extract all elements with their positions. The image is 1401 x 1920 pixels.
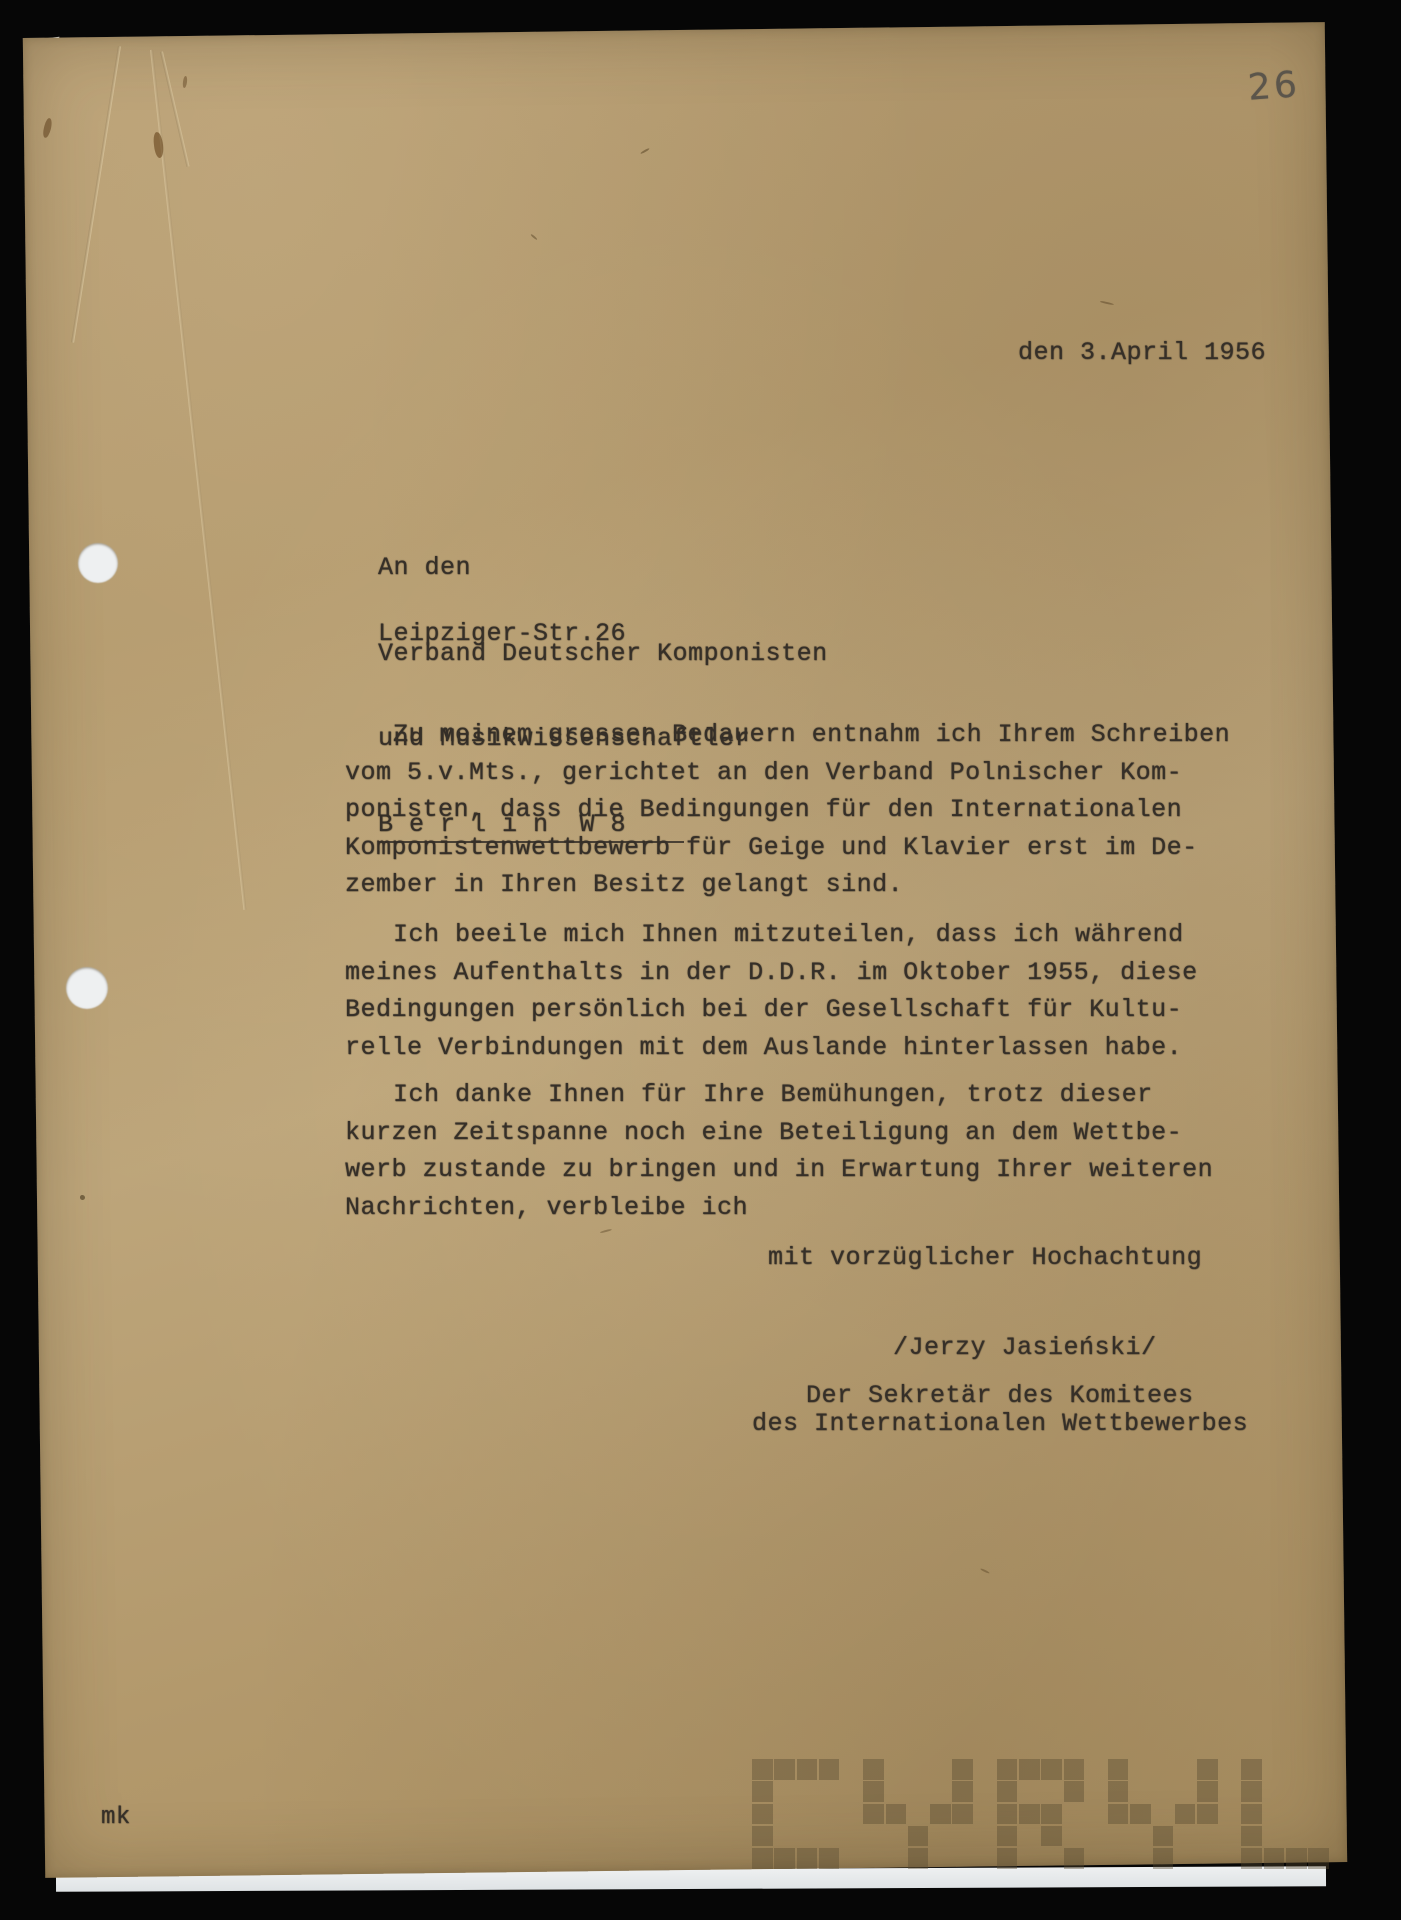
watermark-pixel xyxy=(952,1781,973,1802)
watermark-pixel xyxy=(1197,1759,1218,1780)
watermark-pixel xyxy=(774,1759,795,1780)
watermark-pixel xyxy=(863,1781,884,1802)
body-line: Ich danke Ihnen für Ihre Bemühungen, tro… xyxy=(345,1076,1213,1114)
paper-speck xyxy=(80,1195,85,1200)
watermark-pixel xyxy=(1019,1804,1040,1825)
watermark-pixel xyxy=(1041,1804,1062,1825)
watermark-pixel xyxy=(1064,1781,1085,1802)
watermark-pixel xyxy=(1197,1781,1218,1802)
watermark-pixel xyxy=(1130,1804,1151,1825)
watermark-pixel xyxy=(752,1826,773,1847)
typist-initials: mk xyxy=(101,1804,131,1831)
watermark-pixel xyxy=(1241,1826,1262,1847)
watermark-pixel xyxy=(1153,1826,1174,1847)
watermark-pixel xyxy=(752,1759,773,1780)
watermark-pixel xyxy=(930,1804,951,1825)
watermark-pixel xyxy=(1041,1759,1062,1780)
signature-title-line: Der Sekretär des Komitees xyxy=(806,1381,1194,1410)
watermark-pixel xyxy=(774,1848,795,1869)
watermark-pixel xyxy=(1041,1826,1062,1847)
watermark-pixel xyxy=(1153,1848,1174,1869)
watermark-pixel xyxy=(997,1848,1018,1869)
watermark-pixel xyxy=(997,1826,1018,1847)
watermark-pixel xyxy=(1197,1804,1218,1825)
watermark-pixel xyxy=(1175,1804,1196,1825)
watermark-pixel xyxy=(1241,1781,1262,1802)
watermark-pixel xyxy=(752,1848,773,1869)
body-line: Nachrichten, verbleibe ich xyxy=(345,1189,1213,1227)
watermark-pixel xyxy=(1264,1848,1285,1869)
watermark-pixel xyxy=(997,1759,1018,1780)
body-paragraph-3: Ich danke Ihnen für Ihre Bemühungen, tro… xyxy=(345,1076,1213,1226)
body-line: Bedingungen persönlich bei der Gesellsch… xyxy=(345,991,1198,1029)
body-line: relle Verbindungen mit dem Auslande hint… xyxy=(345,1029,1198,1067)
watermark-pixel xyxy=(819,1759,840,1780)
body-line: zember in Ihren Besitz gelangt sind. xyxy=(345,866,1230,904)
watermark-pixel xyxy=(886,1804,907,1825)
body-line: Zu meinem grossen Bedauern entnahm ich I… xyxy=(345,716,1230,754)
watermark-pixel xyxy=(1019,1759,1040,1780)
archive-page-number: 26 xyxy=(1247,64,1302,109)
watermark-pixel xyxy=(863,1759,884,1780)
recipient-street: Leipziger-Str.26 xyxy=(378,620,626,649)
watermark-pixel xyxy=(1108,1781,1129,1802)
punch-hole xyxy=(66,967,108,1009)
watermark-pixel xyxy=(997,1781,1018,1802)
watermark-pixel xyxy=(1064,1848,1085,1869)
watermark-pixel xyxy=(863,1804,884,1825)
watermark-pixel xyxy=(1241,1804,1262,1825)
body-line: Ich beeile mich Ihnen mitzuteilen, dass … xyxy=(345,916,1198,954)
watermark-pixel xyxy=(752,1804,773,1825)
scanned-letter-page: { "page": { "archive_page_number": "26",… xyxy=(0,0,1401,1920)
watermark-pixel xyxy=(908,1826,929,1847)
watermark-pixel xyxy=(797,1848,818,1869)
watermark-pixel xyxy=(752,1781,773,1802)
watermark-pixel xyxy=(952,1804,973,1825)
watermark-pixel xyxy=(952,1759,973,1780)
body-paragraph-2: Ich beeile mich Ihnen mitzuteilen, dass … xyxy=(345,916,1198,1066)
body-paragraph-1: Zu meinem grossen Bedauern entnahm ich I… xyxy=(345,716,1230,904)
watermark-pixel xyxy=(797,1759,818,1780)
watermark-pixel xyxy=(819,1848,840,1869)
body-line: kurzen Zeitspanne noch eine Beteiligung … xyxy=(345,1114,1213,1152)
watermark-pixel xyxy=(1286,1848,1307,1869)
watermark-pixel xyxy=(1308,1848,1329,1869)
watermark-pixel xyxy=(997,1804,1018,1825)
body-line: meines Aufenthalts in der D.D.R. im Okto… xyxy=(345,954,1198,992)
letter-date: den 3.April 1956 xyxy=(1018,338,1266,367)
watermark-pixel xyxy=(1241,1848,1262,1869)
watermark-pixel xyxy=(1241,1759,1262,1780)
closing-salutation: mit vorzüglicher Hochachtung xyxy=(768,1243,1202,1272)
signature-name: /Jerzy Jasieński/ xyxy=(893,1333,1157,1362)
recipient-line: An den xyxy=(378,554,828,583)
body-line: werb zustande zu bringen und in Erwartun… xyxy=(345,1151,1213,1189)
watermark-pixel xyxy=(1108,1759,1129,1780)
watermark-pixel xyxy=(908,1848,929,1869)
signature-title-line: des Internationalen Wettbewerbes xyxy=(752,1409,1248,1438)
watermark-pixel xyxy=(1064,1759,1085,1780)
body-line: Komponistenwettbewerb für Geige und Klav… xyxy=(345,829,1230,867)
watermark-pixel xyxy=(1108,1804,1129,1825)
body-line: vom 5.v.Mts., gerichtet an den Verband P… xyxy=(345,754,1230,792)
punch-hole xyxy=(78,543,118,583)
body-line: ponisten, dass die Bedingungen für den I… xyxy=(345,791,1230,829)
